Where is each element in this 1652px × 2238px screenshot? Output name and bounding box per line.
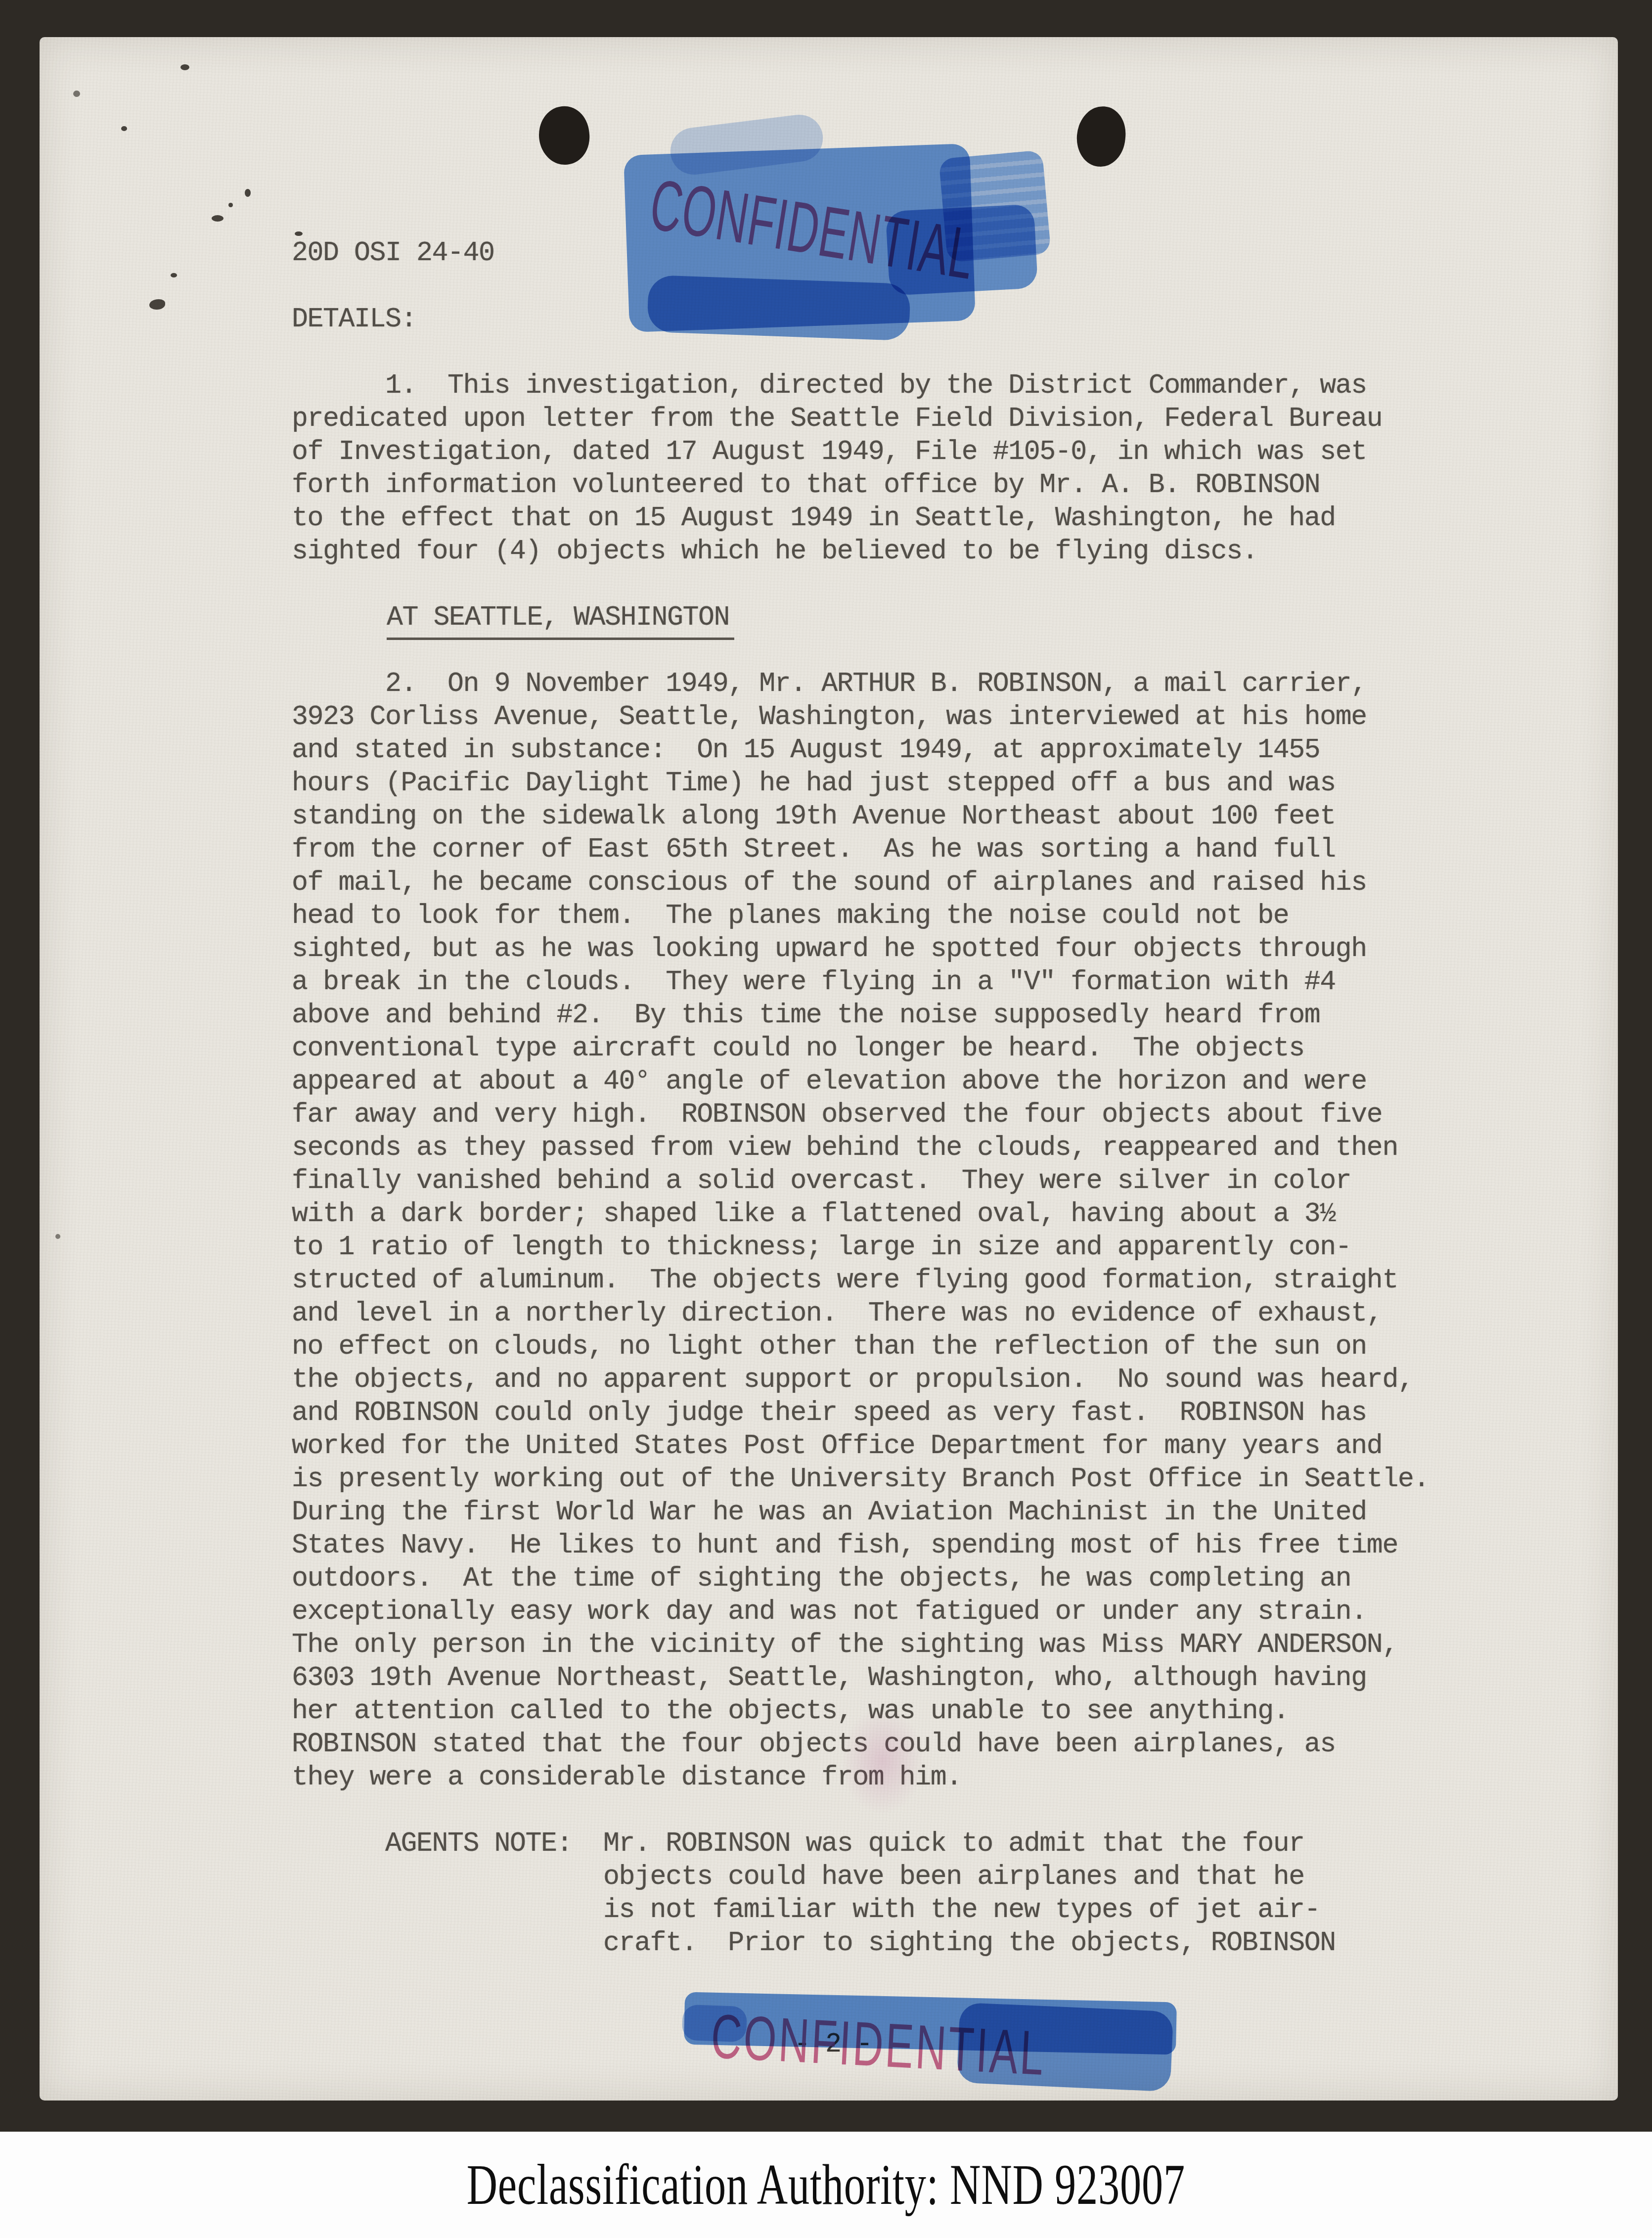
section-heading-text: AT SEATTLE, WASHINGTON <box>387 601 734 640</box>
agents-note: AGENTS NOTE: Mr. ROBINSON was quick to a… <box>292 1827 1336 1960</box>
blue-marker-stroke <box>957 2003 1174 2092</box>
paper-speck <box>73 91 80 97</box>
confidential-stamp-bottom: CONFIDENTIAL <box>682 1978 1206 2112</box>
paper-speck <box>149 299 165 310</box>
blue-marker-stroke <box>647 275 911 341</box>
paragraph-2: 2. On 9 November 1949, Mr. ARTHUR B. ROB… <box>292 667 1429 1794</box>
confidential-stamp-top: CONFIDENTIAL <box>621 119 1189 366</box>
details-label: DETAILS: <box>292 303 416 336</box>
declassification-caption: Declassification Authority: NND 923007 <box>467 2152 1185 2218</box>
paper-speck <box>180 64 189 70</box>
declassification-strip: Declassification Authority: NND 923007 <box>0 2132 1652 2238</box>
blue-marker-stroke <box>938 150 1051 263</box>
paper-speck <box>121 126 127 131</box>
ink-smudge <box>841 1706 925 1815</box>
paper-speck <box>171 273 177 277</box>
paragraph-1: 1. This investigation, directed by the D… <box>292 369 1382 568</box>
paper-speck <box>55 1234 60 1239</box>
reference-number: 20D OSI 24-40 <box>292 236 494 270</box>
section-heading: AT SEATTLE, WASHINGTON <box>387 601 734 640</box>
paper-speck <box>212 215 223 222</box>
paper-speck <box>295 231 303 236</box>
paper-speck <box>228 203 233 207</box>
scan-background: 20D OSI 24-40 DETAILS: 1. This investiga… <box>0 0 1652 2238</box>
paper-speck <box>245 189 251 197</box>
